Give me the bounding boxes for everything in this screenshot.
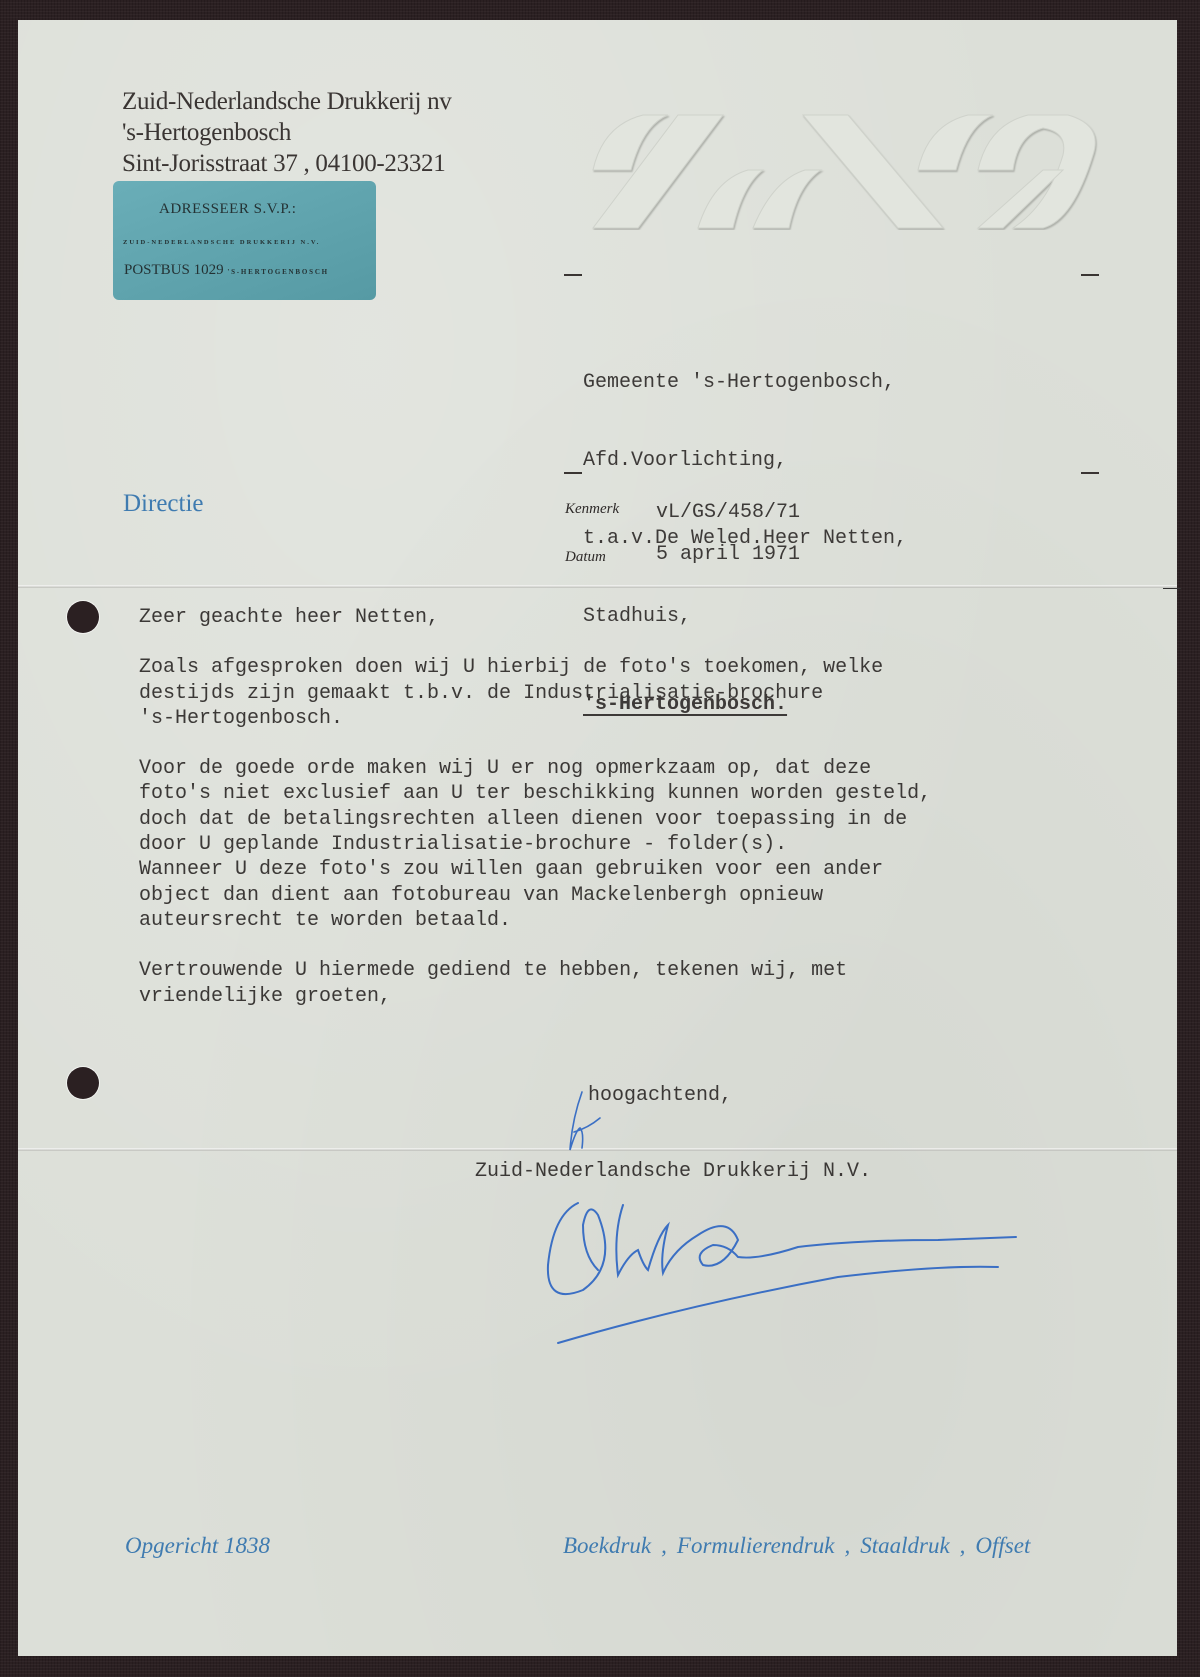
company-name: Zuid-Nederlandsche Drukkerij nv bbox=[122, 86, 451, 117]
sticker-company: ZUID-NEDERLANDSCHE DRUKKERIJ N.V. bbox=[123, 239, 320, 246]
company-address: Sint-Jorisstraat 37 , 04100-23321 bbox=[122, 148, 451, 179]
letter-body: Zeer geachte heer Netten, Zoals afgespro… bbox=[139, 605, 1059, 1034]
znd-embossed-monogram-icon bbox=[573, 110, 1113, 230]
body-paragraph: Zoals afgesproken doen wij U hierbij de … bbox=[139, 655, 1059, 731]
letter-paper: Zuid-Nederlandsche Drukkerij nv 's-Herto… bbox=[18, 20, 1177, 1656]
address-corner-mark-bl bbox=[564, 472, 582, 474]
service-separator: , bbox=[661, 1533, 667, 1558]
service-item: Formulierendruk bbox=[677, 1533, 835, 1558]
closing-greeting: hoogachtend, bbox=[588, 1084, 732, 1107]
sticker-postbus: POSTBUS 1029 'S-HERTOGENBOSCH bbox=[124, 262, 329, 279]
body-paragraph: Vertrouwende U hiermede gediend te hebbe… bbox=[139, 958, 1059, 1009]
letterhead: Zuid-Nederlandsche Drukkerij nv 's-Herto… bbox=[122, 86, 451, 179]
recipient-line: Afd.Voorlichting, bbox=[583, 448, 907, 474]
recipient-line: Gemeente 's-Hertogenbosch, bbox=[583, 370, 907, 396]
company-city: 's-Hertogenbosch bbox=[122, 117, 451, 148]
salutation: Zeer geachte heer Netten, bbox=[139, 605, 1059, 630]
address-corner-mark-tr bbox=[1081, 274, 1099, 276]
datum-label: Datum bbox=[565, 549, 606, 566]
punch-hole bbox=[67, 1067, 99, 1099]
fold-line bbox=[18, 585, 1177, 588]
service-item: Offset bbox=[975, 1533, 1030, 1558]
kenmerk-value: vL/GS/458/71 bbox=[656, 501, 800, 524]
body-paragraph: Voor de goede orde maken wij U er nog op… bbox=[139, 756, 1059, 933]
sticker-postbus-number: POSTBUS 1029 bbox=[124, 262, 224, 278]
service-separator: , bbox=[844, 1533, 850, 1558]
footer-services: Boekdruk,Formulierendruk,Staaldruk,Offse… bbox=[563, 1533, 1030, 1559]
datum-value: 5 april 1971 bbox=[656, 543, 800, 566]
service-item: Staaldruk bbox=[860, 1533, 949, 1558]
service-separator: , bbox=[960, 1533, 966, 1558]
address-corner-mark-br bbox=[1081, 472, 1099, 474]
handwritten-signature-icon bbox=[538, 1195, 1058, 1355]
fold-edge-mark bbox=[1163, 588, 1181, 589]
kenmerk-label: Kenmerk bbox=[565, 501, 619, 518]
address-corner-mark-tl bbox=[564, 274, 582, 276]
service-item: Boekdruk bbox=[563, 1533, 651, 1558]
footer-founded: Opgericht 1838 bbox=[125, 1533, 270, 1559]
punch-hole bbox=[67, 601, 99, 633]
sticker-title: ADRESSEER S.V.P.: bbox=[159, 201, 296, 218]
address-sticker: ADRESSEER S.V.P.: ZUID-NEDERLANDSCHE DRU… bbox=[113, 181, 376, 300]
signer-company: Zuid-Nederlandsche Drukkerij N.V. bbox=[475, 1160, 871, 1183]
handwritten-initial-icon bbox=[558, 1090, 608, 1160]
sticker-postbus-city: 'S-HERTOGENBOSCH bbox=[227, 268, 329, 276]
department-label: Directie bbox=[123, 490, 204, 518]
